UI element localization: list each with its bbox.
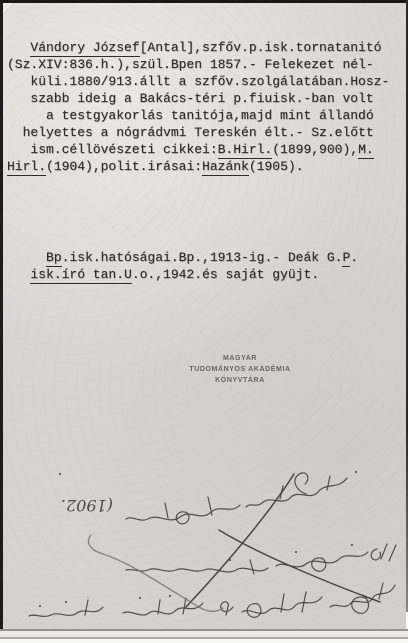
scan-border-left (0, 0, 3, 630)
handwriting-line-1: (1902. (59, 471, 357, 524)
handwriting-line-3 (29, 583, 395, 617)
year-fragment: (1902. (61, 496, 113, 515)
strike-cross (89, 474, 380, 611)
handwriting-line-2 (126, 544, 396, 574)
handwritten-note: (1902. (0, 0, 408, 643)
scanned-card: Vándory József[Antal],szfőv.p.isk.tornat… (0, 0, 408, 643)
scan-bottom-margin (0, 639, 408, 643)
scan-border-top (0, 0, 408, 3)
